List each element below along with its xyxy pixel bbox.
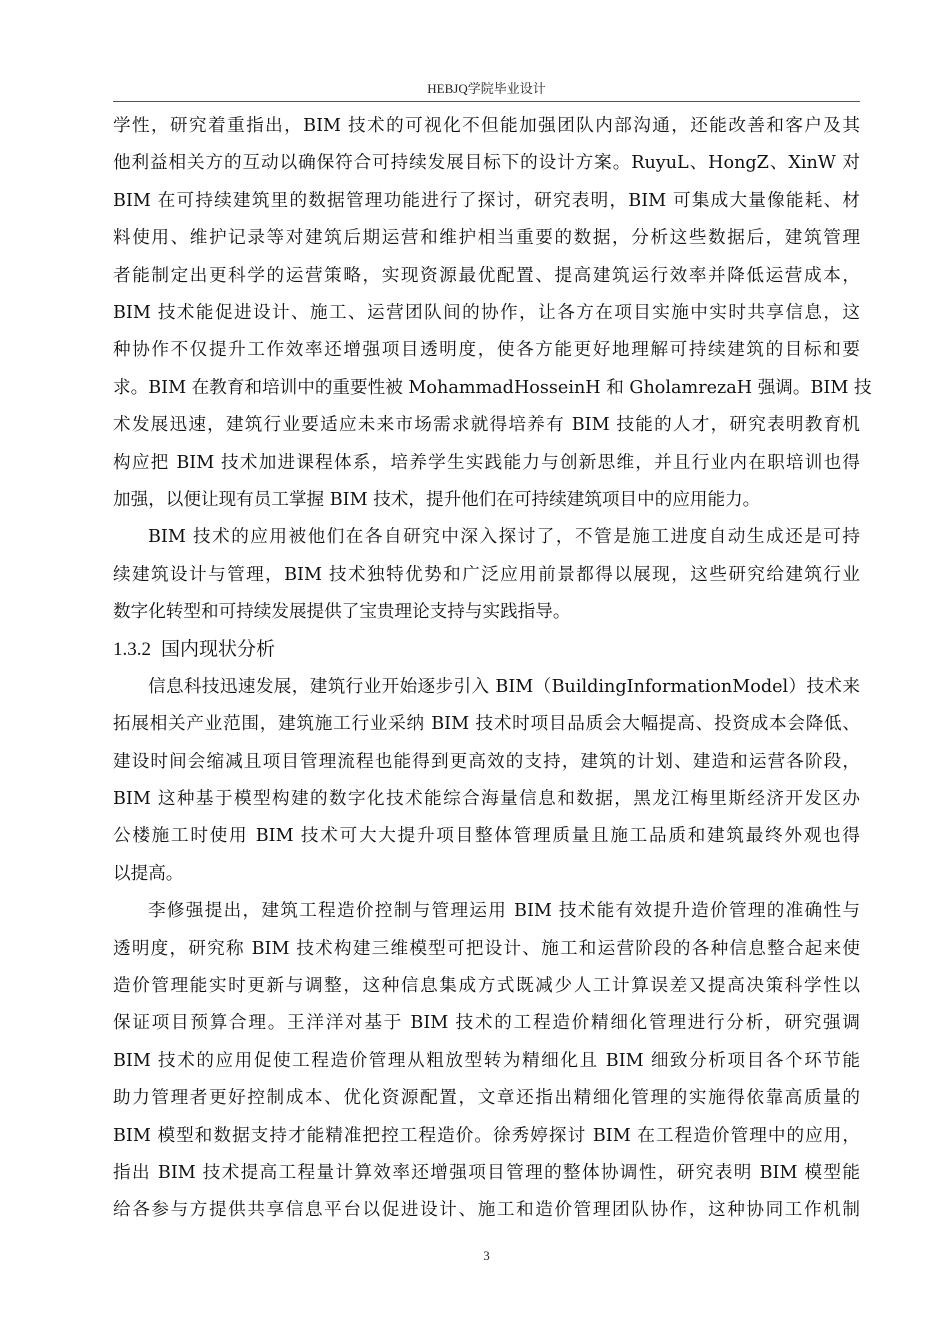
text-line: 保证项目预算合理。王洋洋对基于 BIM 技术的工程造价精细化管理进行分析，研究强…	[113, 1005, 860, 1042]
text-line: 他利益相关方的互动以确保符合可持续发展目标下的设计方案。RuyuL、HongZ、…	[113, 145, 860, 182]
paragraph: 信息科技迅速发展，建筑行业开始逐步引入 BIM（BuildingInformat…	[113, 669, 860, 893]
running-header: HEBJQ学院毕业设计	[113, 78, 860, 97]
text-line: 术发展迅速，建筑行业要适应未来市场需求就得培养有 BIM 技能的人才，研究表明教…	[113, 407, 860, 444]
text-line: BIM 技术的应用促使工程造价管理从粗放型转为精细化且 BIM 细致分析项目各个…	[113, 1043, 860, 1080]
text-line: BIM 模型和数据支持才能精准把控工程造价。徐秀婷探讨 BIM 在工程造价管理中…	[113, 1118, 860, 1155]
text-line: 给各参与方提供共享信息平台以促进设计、施工和造价管理团队协作，这种协同工作机制	[113, 1192, 860, 1229]
text-line: 者能制定出更科学的运营策略，实现资源最优配置、提高建筑运行效率并降低运营成本，	[113, 258, 860, 295]
text-line: 信息科技迅速发展，建筑行业开始逐步引入 BIM（BuildingInformat…	[113, 669, 860, 706]
text-line: 学性，研究着重指出，BIM 技术的可视化不但能加强团队内部沟通，还能改善和客户及…	[113, 108, 860, 145]
paragraph: 学性，研究着重指出，BIM 技术的可视化不但能加强团队内部沟通，还能改善和客户及…	[113, 108, 860, 519]
text-line: 料使用、维护记录等对建筑后期运营和维护相当重要的数据，分析这些数据后，建筑管理	[113, 220, 860, 257]
text-line: 助力管理者更好控制成本、优化资源配置，文章还指出精细化管理的实施得依靠高质量的	[113, 1080, 860, 1117]
text-line: 数字化转型和可持续发展提供了宝贵理论支持与实践指导。	[113, 594, 860, 631]
text-line: 造价管理能实时更新与调整，这种信息集成方式既减少人工计算误差又提高决策科学性以	[113, 968, 860, 1005]
text-line: 指出 BIM 技术提高工程量计算效率还增强项目管理的整体协调性，研究表明 BIM…	[113, 1155, 860, 1192]
document-body: 学性，研究着重指出，BIM 技术的可视化不但能加强团队内部沟通，还能改善和客户及…	[113, 108, 860, 1230]
header-divider	[113, 101, 860, 102]
text-line: 拓展相关产业范围，建筑施工行业采纳 BIM 技术时项目品质会大幅提高、投资成本会…	[113, 706, 860, 743]
text-line: 续建筑设计与管理，BIM 技术独特优势和广泛应用前景都得以展现，这些研究给建筑行…	[113, 557, 860, 594]
text-line: 构应把 BIM 技术加进课程体系，培养学生实践能力与创新思维，并且行业内在职培训…	[113, 445, 860, 482]
text-line: BIM 技术能促进设计、施工、运营团队间的协作，让各方在项目实施中实时共享信息，…	[113, 295, 860, 332]
text-line: 建设时间会缩减且项目管理流程也能得到更高效的支持，建筑的计划、建造和运营各阶段，	[113, 744, 860, 781]
text-line: 李修强提出，建筑工程造价控制与管理运用 BIM 技术能有效提升造价管理的准确性与	[113, 893, 860, 930]
text-line: 透明度，研究称 BIM 技术构建三维模型可把设计、施工和运营阶段的各种信息整合起…	[113, 931, 860, 968]
section-number: 1.3.2	[113, 639, 151, 660]
text-line: 公楼施工时使用 BIM 技术可大大提升项目整体管理质量且施工品质和建筑最终外观也…	[113, 818, 860, 855]
paragraph: BIM 技术的应用被他们在各自研究中深入探讨了，不管是施工进度自动生成还是可持 …	[113, 519, 860, 631]
section-title: 国内现状分析	[161, 638, 275, 660]
paragraph: 李修强提出，建筑工程造价控制与管理运用 BIM 技术能有效提升造价管理的准确性与…	[113, 893, 860, 1230]
page-number: 3	[113, 1248, 860, 1264]
text-line: 求。BIM 在教育和培训中的重要性被 MohammadHosseinH 和 Gh…	[113, 370, 860, 407]
section-heading: 1.3.2国内现状分析	[113, 631, 860, 668]
text-line: BIM 这种基于模型构建的数字化技术能综合海量信息和数据，黑龙江梅里斯经济开发区…	[113, 781, 860, 818]
text-line: 加强，以便让现有员工掌握 BIM 技术，提升他们在可持续建筑项目中的应用能力。	[113, 482, 860, 519]
text-line: 种协作不仅提升工作效率还增强项目透明度，使各方能更好地理解可持续建筑的目标和要	[113, 332, 860, 369]
text-line: 以提高。	[113, 856, 860, 893]
text-line: BIM 技术的应用被他们在各自研究中深入探讨了，不管是施工进度自动生成还是可持	[113, 519, 860, 556]
text-line: BIM 在可持续建筑里的数据管理功能进行了探讨，研究表明，BIM 可集成大量像能…	[113, 183, 860, 220]
